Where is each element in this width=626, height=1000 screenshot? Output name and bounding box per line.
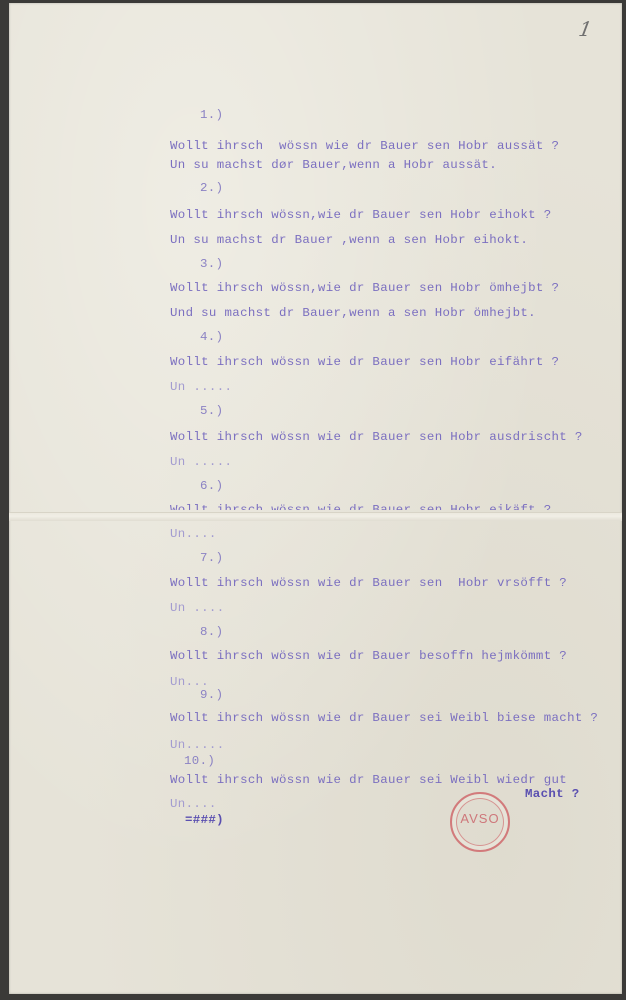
item-number: 1.) xyxy=(200,108,223,122)
item-question: Wollt ihrsch wössn wie dr Bauer sen Hobr… xyxy=(170,576,567,590)
item-question: Wollt ihrsch wössn wie dr Bauer sen Hobr… xyxy=(170,355,559,369)
item-number: 6.) xyxy=(200,479,223,493)
item-number: 4.) xyxy=(200,330,223,344)
item-question-obscured: Wollt ihrsch wössn wie dr Bauer sen Hobr… xyxy=(170,503,552,510)
end-mark: =###) xyxy=(185,813,224,827)
item-answer: Un.... xyxy=(170,527,217,541)
item-answer: Un... xyxy=(170,675,209,689)
stamp-text: AVSO xyxy=(452,811,508,826)
item-answer: Un su machst dr Bauer ,wenn a sen Hobr e… xyxy=(170,233,528,247)
item-question: Wollt ihrsch wössn,wie dr Bauer sen Hobr… xyxy=(170,208,552,222)
item-question: Wollt ihrsch wössn wie dr Bauer sen Hobr… xyxy=(170,430,583,444)
item-question-continuation: Macht ? xyxy=(525,787,580,801)
item-question: Wollt ihrsch wössn wie dr Bauer sei Weib… xyxy=(170,711,598,725)
item-answer: Und su machst dr Bauer,wenn a sen Hobr ö… xyxy=(170,306,536,320)
item-question: Wollt ihrsch wössn,wie dr Bauer sen Hobr… xyxy=(170,281,559,295)
item-question: Wollt ihrsch wössn wie dr Bauer besoffn … xyxy=(170,649,567,663)
item-answer: Un .... xyxy=(170,601,225,615)
item-answer: Un su machst dør Bauer,wenn a Hobr aussä… xyxy=(170,158,497,172)
archive-stamp: AVSO xyxy=(450,792,510,852)
item-number: 8.) xyxy=(200,625,223,639)
item-answer: Un.... xyxy=(170,797,217,811)
item-answer: Un ..... xyxy=(170,380,232,394)
item-answer: Un ..... xyxy=(170,455,232,469)
item-number: 2.) xyxy=(200,181,223,195)
item-number: 10.) xyxy=(184,754,215,768)
item-question: Wollt ihrsch wössn wie dr Bauer sen Hobr… xyxy=(170,139,559,153)
item-number: 9.) xyxy=(200,688,223,702)
item-question: Wollt ihrsch wössn wie dr Bauer sei Weib… xyxy=(170,773,567,787)
paper-fold xyxy=(9,512,622,521)
item-number: 3.) xyxy=(200,257,223,271)
item-number: 7.) xyxy=(200,551,223,565)
document-page: 1 1.) Wollt ihrsch wössn wie dr Bauer se… xyxy=(9,3,622,994)
item-number: 5.) xyxy=(200,404,223,418)
item-answer: Un..... xyxy=(170,738,225,752)
page-number: 1 xyxy=(577,17,594,41)
